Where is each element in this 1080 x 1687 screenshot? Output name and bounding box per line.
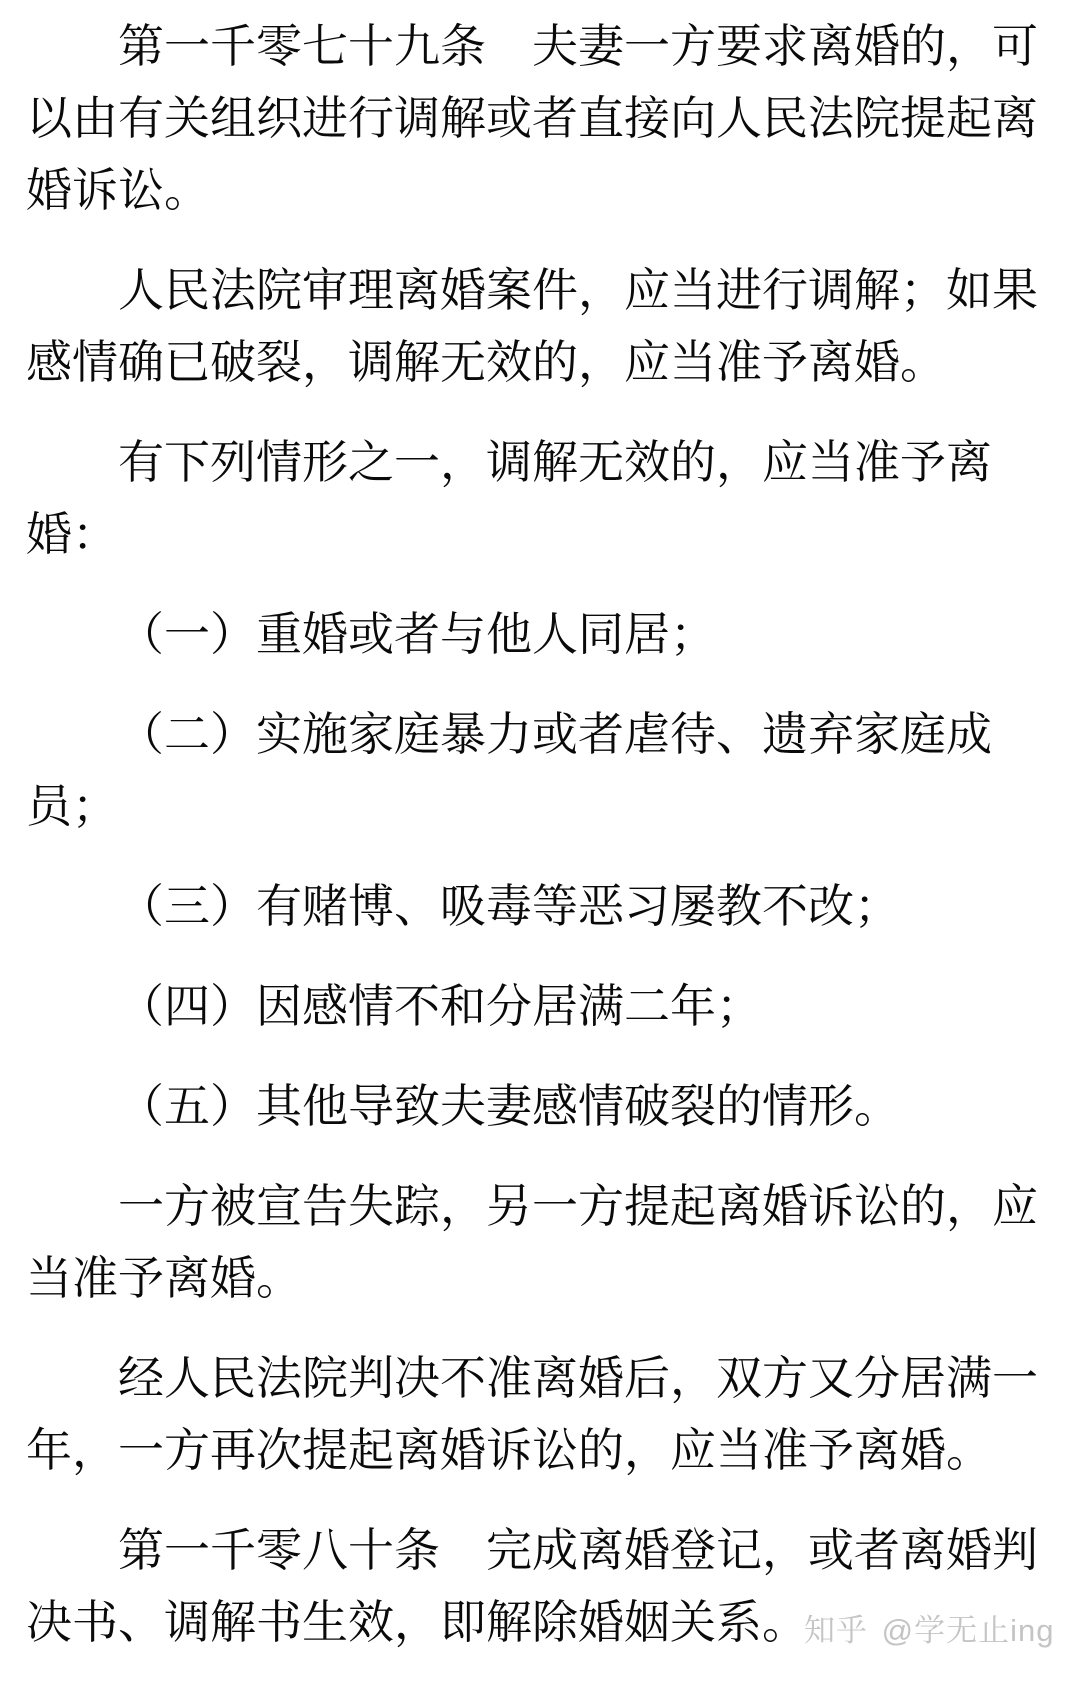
- list-item-2-domestic-violence: （二）实施家庭暴力或者虐待、遗弃家庭成 员；: [26, 698, 1054, 842]
- list-item-4-separation-two-years: （四）因感情不和分居满二年；: [26, 970, 1054, 1042]
- paragraph-article-1079-declared-missing: 一方被宣告失踪，另一方提起离婚诉讼的，应 当准予离婚。: [26, 1170, 1054, 1314]
- paragraph-article-1079-second-petition: 经人民法院判决不准离婚后，双方又分居满一 年，一方再次提起离婚诉讼的，应当准予离…: [26, 1342, 1054, 1486]
- paragraph-article-1079-circumstances: 有下列情形之一，调解无效的，应当准予离 婚：: [26, 426, 1054, 570]
- list-item-1-bigamy-cohabitation: （一）重婚或者与他人同居；: [26, 598, 1054, 670]
- list-item-5-other-circumstances: （五）其他导致夫妻感情破裂的情形。: [26, 1070, 1054, 1142]
- legal-article-page: 第一千零七十九条 夫妻一方要求离婚的，可 以由有关组织进行调解或者直接向人民法院…: [0, 0, 1080, 1658]
- paragraph-article-1079-intro: 第一千零七十九条 夫妻一方要求离婚的，可 以由有关组织进行调解或者直接向人民法院…: [26, 10, 1054, 226]
- list-item-3-gambling-drugs: （三）有赌博、吸毒等恶习屡教不改；: [26, 870, 1054, 942]
- paragraph-article-1079-court-mediation: 人民法院审理离婚案件，应当进行调解；如果 感情确已破裂，调解无效的，应当准予离婚…: [26, 254, 1054, 398]
- zhihu-watermark: 知乎 @学无止ing: [804, 1612, 1054, 1650]
